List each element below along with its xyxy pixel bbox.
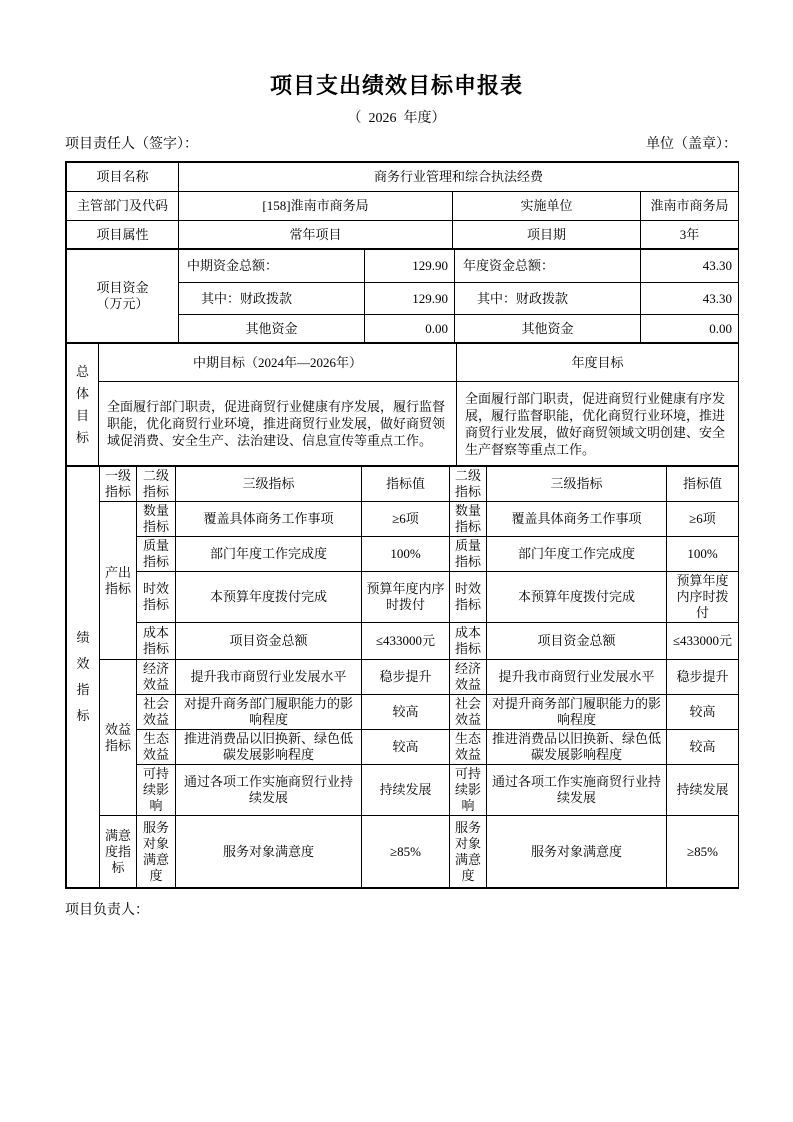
indicator-l3: 本预算年度拨付完成 [176, 572, 362, 623]
header-level2: 二级指标 [137, 467, 176, 502]
indicator-l3-annual: 对提升商务部门履职能力的影响程度 [487, 695, 667, 730]
group-satisfaction-label: 满意度指标 [100, 816, 137, 888]
unit-seal-label: 单位（盖章）： [646, 136, 737, 154]
indicator-value: 持续发展 [362, 765, 450, 816]
project-attr-label: 项目属性 [67, 221, 179, 249]
mid-fiscal-value: 129.90 [365, 283, 455, 315]
annual-other-label: 其他资金 [455, 315, 641, 343]
project-name-label: 项目名称 [67, 163, 179, 192]
form-table: 项目名称 商务行业管理和综合执法经费 主管部门及代码 [158]淮南市商务局 实… [65, 161, 739, 889]
header-level2-annual: 二级指标 [450, 467, 487, 502]
mid-goal-header: 中期目标（2024年—2026年） [99, 344, 457, 382]
mid-fiscal-label: 其中：财政拨款 [179, 283, 365, 315]
annual-fiscal-label: 其中：财政拨款 [455, 283, 641, 315]
annual-goal-text: 全面履行部门职责，促进商贸行业健康有序发展，履行监督职能，优化商贸行业环境，推进… [457, 382, 739, 466]
indicator-l3: 覆盖具体商务工作事项 [176, 502, 362, 537]
dept-code-label: 主管部门及代码 [67, 192, 179, 221]
indicator-l3: 通过各项工作实施商贸行业持续发展 [176, 765, 362, 816]
signature-row: 项目责任人（签字）： 单位（盖章）： [65, 136, 737, 154]
project-period-label: 项目期 [453, 221, 641, 249]
indicator-l3: 推进消费品以旧换新、绿色低碳发展影响程度 [176, 730, 362, 765]
project-period-value: 3年 [641, 221, 739, 249]
indicator-l3-annual: 覆盖具体商务工作事项 [487, 502, 667, 537]
table-row: 满意度指标 服务对象满意度 服务对象满意度 ≥85% 服务对象满意度 服务对象满… [67, 816, 739, 888]
indicator-l2: 经济效益 [137, 660, 176, 695]
indicator-value: 预算年度内序时拨付 [362, 572, 450, 623]
indicator-l2: 社会效益 [137, 695, 176, 730]
indicator-value: ≤433000元 [362, 623, 450, 660]
group-benefit-label: 效益指标 [100, 660, 137, 816]
indicator-l2: 时效指标 [137, 572, 176, 623]
mid-goal-text: 全面履行部门职责，促进商贸行业健康有序发展，履行监督职能，优化商贸行业环境，推进… [99, 382, 457, 466]
indicator-l2-annual: 生态效益 [450, 730, 487, 765]
indicator-l2-annual: 时效指标 [450, 572, 487, 623]
indicator-l3: 部门年度工作完成度 [176, 537, 362, 572]
indicator-value: 100% [362, 537, 450, 572]
mid-total-value: 129.90 [365, 250, 455, 283]
table-row: 时效指标 本预算年度拨付完成 预算年度内序时拨付 时效指标 本预算年度拨付完成 … [67, 572, 739, 623]
indicator-value-annual: ≤433000元 [667, 623, 739, 660]
indicator-l3-annual: 本预算年度拨付完成 [487, 572, 667, 623]
responsible-signature-label: 项目责任人（签字）： [65, 136, 198, 154]
group-output-label: 产出指标 [100, 502, 137, 660]
performance-label: 绩效指标 [67, 467, 100, 888]
table-row: 成本指标 项目资金总额 ≤433000元 成本指标 项目资金总额 ≤433000… [67, 623, 739, 660]
indicator-l2-annual: 服务对象满意度 [450, 816, 487, 888]
indicator-value: 较高 [362, 695, 450, 730]
indicator-l2: 质量指标 [137, 537, 176, 572]
annual-goal-header: 年度目标 [457, 344, 739, 382]
info-section: 项目名称 商务行业管理和综合执法经费 主管部门及代码 [158]淮南市商务局 实… [66, 162, 739, 249]
impl-unit-value: 淮南市商务局 [641, 192, 739, 221]
overall-goal-label: 总体目标 [67, 344, 99, 466]
indicator-value: ≥85% [362, 816, 450, 888]
table-row: 生态效益 推进消费品以旧换新、绿色低碳发展影响程度 较高 生态效益 推进消费品以… [67, 730, 739, 765]
indicator-value-annual: ≥6项 [667, 502, 739, 537]
header-value-annual: 指标值 [667, 467, 739, 502]
annual-total-value: 43.30 [641, 250, 739, 283]
indicator-l2: 数量指标 [137, 502, 176, 537]
mid-other-value: 0.00 [365, 315, 455, 343]
impl-unit-label: 实施单位 [453, 192, 641, 221]
dept-code-value: [158]淮南市商务局 [179, 192, 453, 221]
indicator-l3-annual: 项目资金总额 [487, 623, 667, 660]
header-level1: 一级指标 [100, 467, 137, 502]
indicator-value: 稳步提升 [362, 660, 450, 695]
indicator-l3-annual: 服务对象满意度 [487, 816, 667, 888]
indicator-l3: 项目资金总额 [176, 623, 362, 660]
indicator-l2-annual: 数量指标 [450, 502, 487, 537]
table-row: 社会效益 对提升商务部门履职能力的影响程度 较高 社会效益 对提升商务部门履职能… [67, 695, 739, 730]
indicator-l3-annual: 提升我市商贸行业发展水平 [487, 660, 667, 695]
table-row: 产出指标 数量指标 覆盖具体商务工作事项 ≥6项 数量指标 覆盖具体商务工作事项… [67, 502, 739, 537]
mid-total-label: 中期资金总额： [179, 250, 365, 283]
header-level3-annual: 三级指标 [487, 467, 667, 502]
table-row: 质量指标 部门年度工作完成度 100% 质量指标 部门年度工作完成度 100% [67, 537, 739, 572]
annual-fiscal-value: 43.30 [641, 283, 739, 315]
annual-total-label: 年度资金总额： [455, 250, 641, 283]
indicator-l3: 对提升商务部门履职能力的影响程度 [176, 695, 362, 730]
header-value: 指标值 [362, 467, 450, 502]
declaration-form-page: 项目支出绩效目标申报表 （ 2026 年度） 项目责任人（签字）： 单位（盖章）… [0, 0, 793, 1122]
indicator-value-annual: 100% [667, 537, 739, 572]
form-year-line: （ 2026 年度） [0, 110, 793, 128]
performance-section: 绩效指标 一级指标 二级指标 三级指标 指标值 二级指标 三级指标 指标值 产出… [66, 466, 739, 888]
indicator-l2-annual: 质量指标 [450, 537, 487, 572]
indicator-l3-annual: 通过各项工作实施商贸行业持续发展 [487, 765, 667, 816]
indicator-l2: 成本指标 [137, 623, 176, 660]
indicator-value-annual: 较高 [667, 695, 739, 730]
indicator-l3: 服务对象满意度 [176, 816, 362, 888]
indicator-value-annual: 较高 [667, 730, 739, 765]
annual-other-value: 0.00 [641, 315, 739, 343]
indicator-l2-annual: 经济效益 [450, 660, 487, 695]
indicator-l3-annual: 部门年度工作完成度 [487, 537, 667, 572]
table-row: 效益指标 经济效益 提升我市商贸行业发展水平 稳步提升 经济效益 提升我市商贸行… [67, 660, 739, 695]
indicator-l2-annual: 社会效益 [450, 695, 487, 730]
funds-label: 项目资金 （万元） [67, 250, 179, 343]
footer-responsible-label: 项目负责人： [65, 902, 793, 920]
indicator-value-annual: ≥85% [667, 816, 739, 888]
indicator-l2-annual: 成本指标 [450, 623, 487, 660]
project-name-value: 商务行业管理和综合执法经费 [179, 163, 739, 192]
indicator-value-annual: 稳步提升 [667, 660, 739, 695]
indicator-value-annual: 预算年度内序时拨付 [667, 572, 739, 623]
indicator-value-annual: 持续发展 [667, 765, 739, 816]
indicator-l2-annual: 可持续影响 [450, 765, 487, 816]
project-attr-value: 常年项目 [179, 221, 453, 249]
table-row: 可持续影响 通过各项工作实施商贸行业持续发展 持续发展 可持续影响 通过各项工作… [67, 765, 739, 816]
indicator-l3-annual: 推进消费品以旧换新、绿色低碳发展影响程度 [487, 730, 667, 765]
funds-section: 项目资金 （万元） 中期资金总额： 129.90 年度资金总额： 43.30 其… [66, 249, 739, 343]
form-title: 项目支出绩效目标申报表 [0, 74, 793, 100]
indicator-l2: 可持续影响 [137, 765, 176, 816]
indicator-l3: 提升我市商贸行业发展水平 [176, 660, 362, 695]
header-level3: 三级指标 [176, 467, 362, 502]
indicator-value: ≥6项 [362, 502, 450, 537]
mid-other-label: 其他资金 [179, 315, 365, 343]
overall-goal-section: 总体目标 中期目标（2024年—2026年） 年度目标 全面履行部门职责，促进商… [66, 343, 739, 466]
indicator-l2: 生态效益 [137, 730, 176, 765]
indicator-l2: 服务对象满意度 [137, 816, 176, 888]
indicator-value: 较高 [362, 730, 450, 765]
